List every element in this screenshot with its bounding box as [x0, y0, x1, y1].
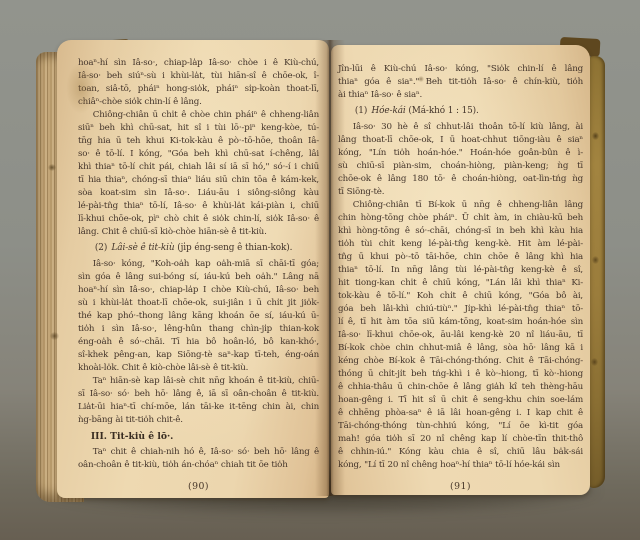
text-line: tī hia thiaⁿ, chóng-sī thiaⁿ liáu siū ch…: [78, 174, 319, 187]
text-line: sî-khek pêng-an, kap Siōng-tè saⁿ-kap tī…: [78, 349, 319, 362]
left-page-text: hoaⁿ-hí sìn Iâ-so·, chiap-la̍p Iâ-so· ch…: [78, 57, 319, 492]
text-line: khoài-lo̍k. Chit ê kiò-chòe lâi-sè ê tit…: [78, 362, 319, 375]
text-line: oân-choân ê tit-kiù, tio̍h án-chóaⁿ chia…: [78, 459, 319, 472]
text-line: tio̍h tùi chi̍t keng lé-pài-tn̂g keng-kè…: [338, 238, 583, 251]
right-page: Jîn-lūi ê Kiù-chú Iâ-so· kóng, "Sio̍k ch…: [331, 45, 590, 495]
text-line: thiaⁿ góa ê siaⁿ." Beh tit-tio̍h Iâ-so· …: [338, 76, 583, 89]
text-line: hoan-gêng i. Tī hit sî ū chi̍t ê seng-kh…: [338, 394, 583, 407]
text-line: chōe-ok ê lâng 180 tō· ê choán-hiòng, oa…: [338, 173, 583, 186]
left-page: hoaⁿ-hí sìn Iâ-so·, chiap-la̍p Iâ-so· ch…: [57, 40, 329, 498]
text-line: Bí-kok chòe chin chhut-miâ ê lâng, sòa h…: [338, 342, 583, 355]
text-line: Iâ-so· beh siúⁿ-sù i khùi-la̍t, tùi hiān…: [78, 70, 319, 83]
text-line: tn̄g hia ū teh khui Ki-tok-kàu ê pò·-tō-…: [78, 135, 319, 148]
subsection-number: (1): [355, 106, 372, 116]
text-line: sòa koat-sim sìn Iâ-so·. Liáu-āu i siông…: [78, 187, 319, 200]
text-line: lâng thoat-lī chōe-ok, I ū hoat-chhut ti…: [338, 134, 583, 147]
subsection-heading: (1) Hóe-kái (Má-khó 1 : 15).: [355, 105, 583, 118]
subsection-title: Hóe-kái: [372, 106, 409, 116]
text-line: góa beh lâi-khì chiú-tiùⁿ." Ji̍p-khì lé-…: [338, 303, 583, 316]
text-line: siūⁿ beh khì chū-sat, hit sî i tùi lō·-p…: [78, 122, 319, 135]
text-line: lí ê, tī hit àm tōa siū kám-tōng, koat-s…: [338, 316, 583, 329]
text-line: hoaⁿ-hí sìn Iâ-so·, chiap-la̍p I chòe Ki…: [78, 284, 319, 297]
text-line: so· ê tō-lí. I kóng, "Góa beh khì chū-sa…: [78, 148, 319, 161]
text-line: lī-khui chōe-ok, pìⁿ chò chi̍t ê sio̍k c…: [78, 213, 319, 226]
text-line: kóng, "Lín tio̍h hoán-hóe." Hoán-hóe goâ…: [338, 147, 583, 160]
text-line: Taⁿ chit ê chiah-nih hó ê, Iâ-so· só· be…: [78, 446, 319, 459]
text-line: sù chiū-sī piàn-sim, choán-hiòng, piàn-k…: [338, 160, 583, 173]
subsection-number: (2): [95, 243, 112, 253]
text-line: mah! góa tio̍h sī 20 nî chêng kap lí chò…: [338, 433, 583, 446]
text-line: tī Siōng-tè.: [338, 186, 583, 199]
text-line: toan, siâ-tō, pháiⁿ hong-sio̍k, pháiⁿ si…: [78, 83, 319, 96]
text-line: lé-pài-tn̂g thiaⁿ tō-lí, Iâ-so· ê khùi-l…: [78, 200, 319, 213]
text-line: hit tiong-kan chi̍t ê chiū kóng, "Lán lâ…: [338, 277, 583, 290]
text-line: kéng chòe Bí-kok ê Tāi-chóng-thóng. Chit…: [338, 355, 583, 368]
section-heading: III. Tit-kiù ê lō·.: [91, 430, 319, 443]
text-line: ê chhin-iú." Kóng kàu chia ê sî, chiū lâ…: [338, 446, 583, 459]
text-line: éng-oa̍h ê só·-chāi. Tī hia bô hoân-ló, …: [78, 336, 319, 349]
page-edges-right: [588, 56, 605, 488]
text-line: lâng. Chit ê chiū-sī kiò-chòe hiān-sè ê …: [78, 226, 319, 239]
text-line: ǹg-bāng ài tit-tio̍h chit-ê.: [78, 414, 319, 427]
text-line: chiâⁿ-chòe sio̍k chin-lí ê lâng.: [78, 96, 319, 109]
text-line: khì hòng-tōng ê só·-chāi, chóng-sī in be…: [338, 225, 583, 238]
text-line: sī Iâ-so· só· beh hō· lâng ê, iā sī oân-…: [78, 388, 319, 401]
text-line: Iâ-so· 30 hè ê sî chhut-lâi thoân tō-lí …: [338, 121, 583, 134]
text-line: thiaⁿ tō-lí. In nn̄g lâng tùi lé-pài-tn̂…: [338, 264, 583, 277]
text-line: Tāi-chóng-thóng tùn-chhiú kóng, "Lí ōe k…: [338, 420, 583, 433]
text-line: Lia̍t-ūi hiaⁿ-tī chí-mōe, lán tāi-ke it-…: [78, 401, 319, 414]
text-line: tok-kàu ê tō-lí." Koh chi̍t ê chiū kóng,…: [338, 290, 583, 303]
right-page-text: Jîn-lūi ê Kiù-chú Iâ-so· kóng, "Sio̍k ch…: [338, 63, 583, 492]
text-line: hoaⁿ-hí sìn Iâ-so·, chiap-la̍p Iâ-so· ch…: [78, 57, 319, 70]
subsection-reference: (ji̍p éng-seng ê thian-kok).: [177, 243, 292, 253]
text-line: ê chhia-thâu ū chin-chōe ê lâng gia̍h kî…: [338, 381, 583, 394]
text-line: tn̂g ū khui pò·-tō tāi-hōe, chin chōe ê …: [338, 251, 583, 264]
text-line: ài thiaⁿ Iâ-so· ê siaⁿ.: [338, 89, 583, 102]
text-line: thé kap phó·-thong lâng kāng khoán ōe sí…: [78, 310, 319, 323]
text-line: kóng, "Lí tī 20 nî chêng hoaⁿ-hí thiaⁿ t…: [338, 459, 583, 472]
text-line: tio̍h i sìn Iâ-so·, lêng-hûn thang chìn-…: [78, 323, 319, 336]
text-line: sìn góa ê lâng sui-bóng sí, iáu-kú beh o…: [78, 271, 319, 284]
text-line: Jîn-lūi ê Kiù-chú Iâ-so· kóng, "Sio̍k ch…: [338, 63, 583, 76]
text-line: chin hòng-tōng chòe pháiⁿ. Ū chi̍t àm, i…: [338, 212, 583, 225]
subsection-heading: (2) Lâi-sè ê tit-kiù (ji̍p éng-seng ê th…: [95, 242, 319, 255]
text-line: Iâ-so· kóng, "Koh-oa̍h kap oa̍h-miā sī c…: [78, 258, 319, 271]
text-line: thóng ū chi̍t-ji̍t beh tńg-khì i ê kò·-h…: [338, 368, 583, 381]
text-line: ê chhēng phòa-saⁿ ê iā lâi hoan-gêng i. …: [338, 407, 583, 420]
photo-of-open-book: hoaⁿ-hí sìn Iâ-so·, chiap-la̍p Iâ-so· ch…: [0, 0, 640, 540]
text-line: Chiông-chiân tī Bí-kok ū nn̄g ê chheng-l…: [338, 199, 583, 212]
text-line: khì thiaⁿ tō-lí chi̍t pái, chiah lâi sí …: [78, 161, 319, 174]
subsection-title: Lâi-sè ê tit-kiù: [112, 243, 178, 253]
text-line: Iâ-so· lī-khui chōe-ok, āu-lâi keng-kè 2…: [338, 329, 583, 342]
text-line: Taⁿ hiān-sè kap lâi-sè chit nn̄g khoán ê…: [78, 375, 319, 388]
page-number: (90): [78, 481, 319, 492]
text-line: Chiông-chiân ū chi̍t ê chòe chin pháiⁿ ê…: [78, 109, 319, 122]
page-number: (91): [338, 481, 583, 492]
text-line: sù i khùi-la̍t thoat-lī chōe-ok, sui-jiâ…: [78, 297, 319, 310]
subsection-reference: (Má-khó 1 : 15).: [408, 106, 478, 116]
